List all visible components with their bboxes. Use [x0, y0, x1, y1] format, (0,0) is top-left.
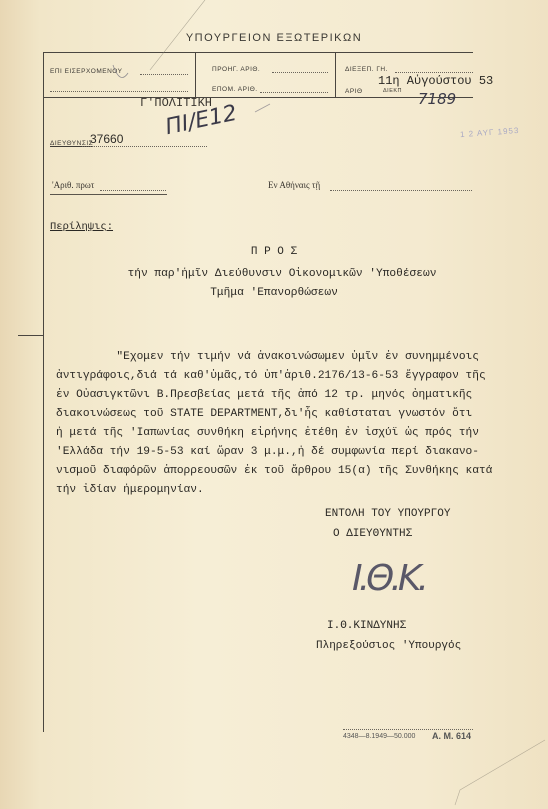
pencil-marks	[0, 0, 548, 809]
